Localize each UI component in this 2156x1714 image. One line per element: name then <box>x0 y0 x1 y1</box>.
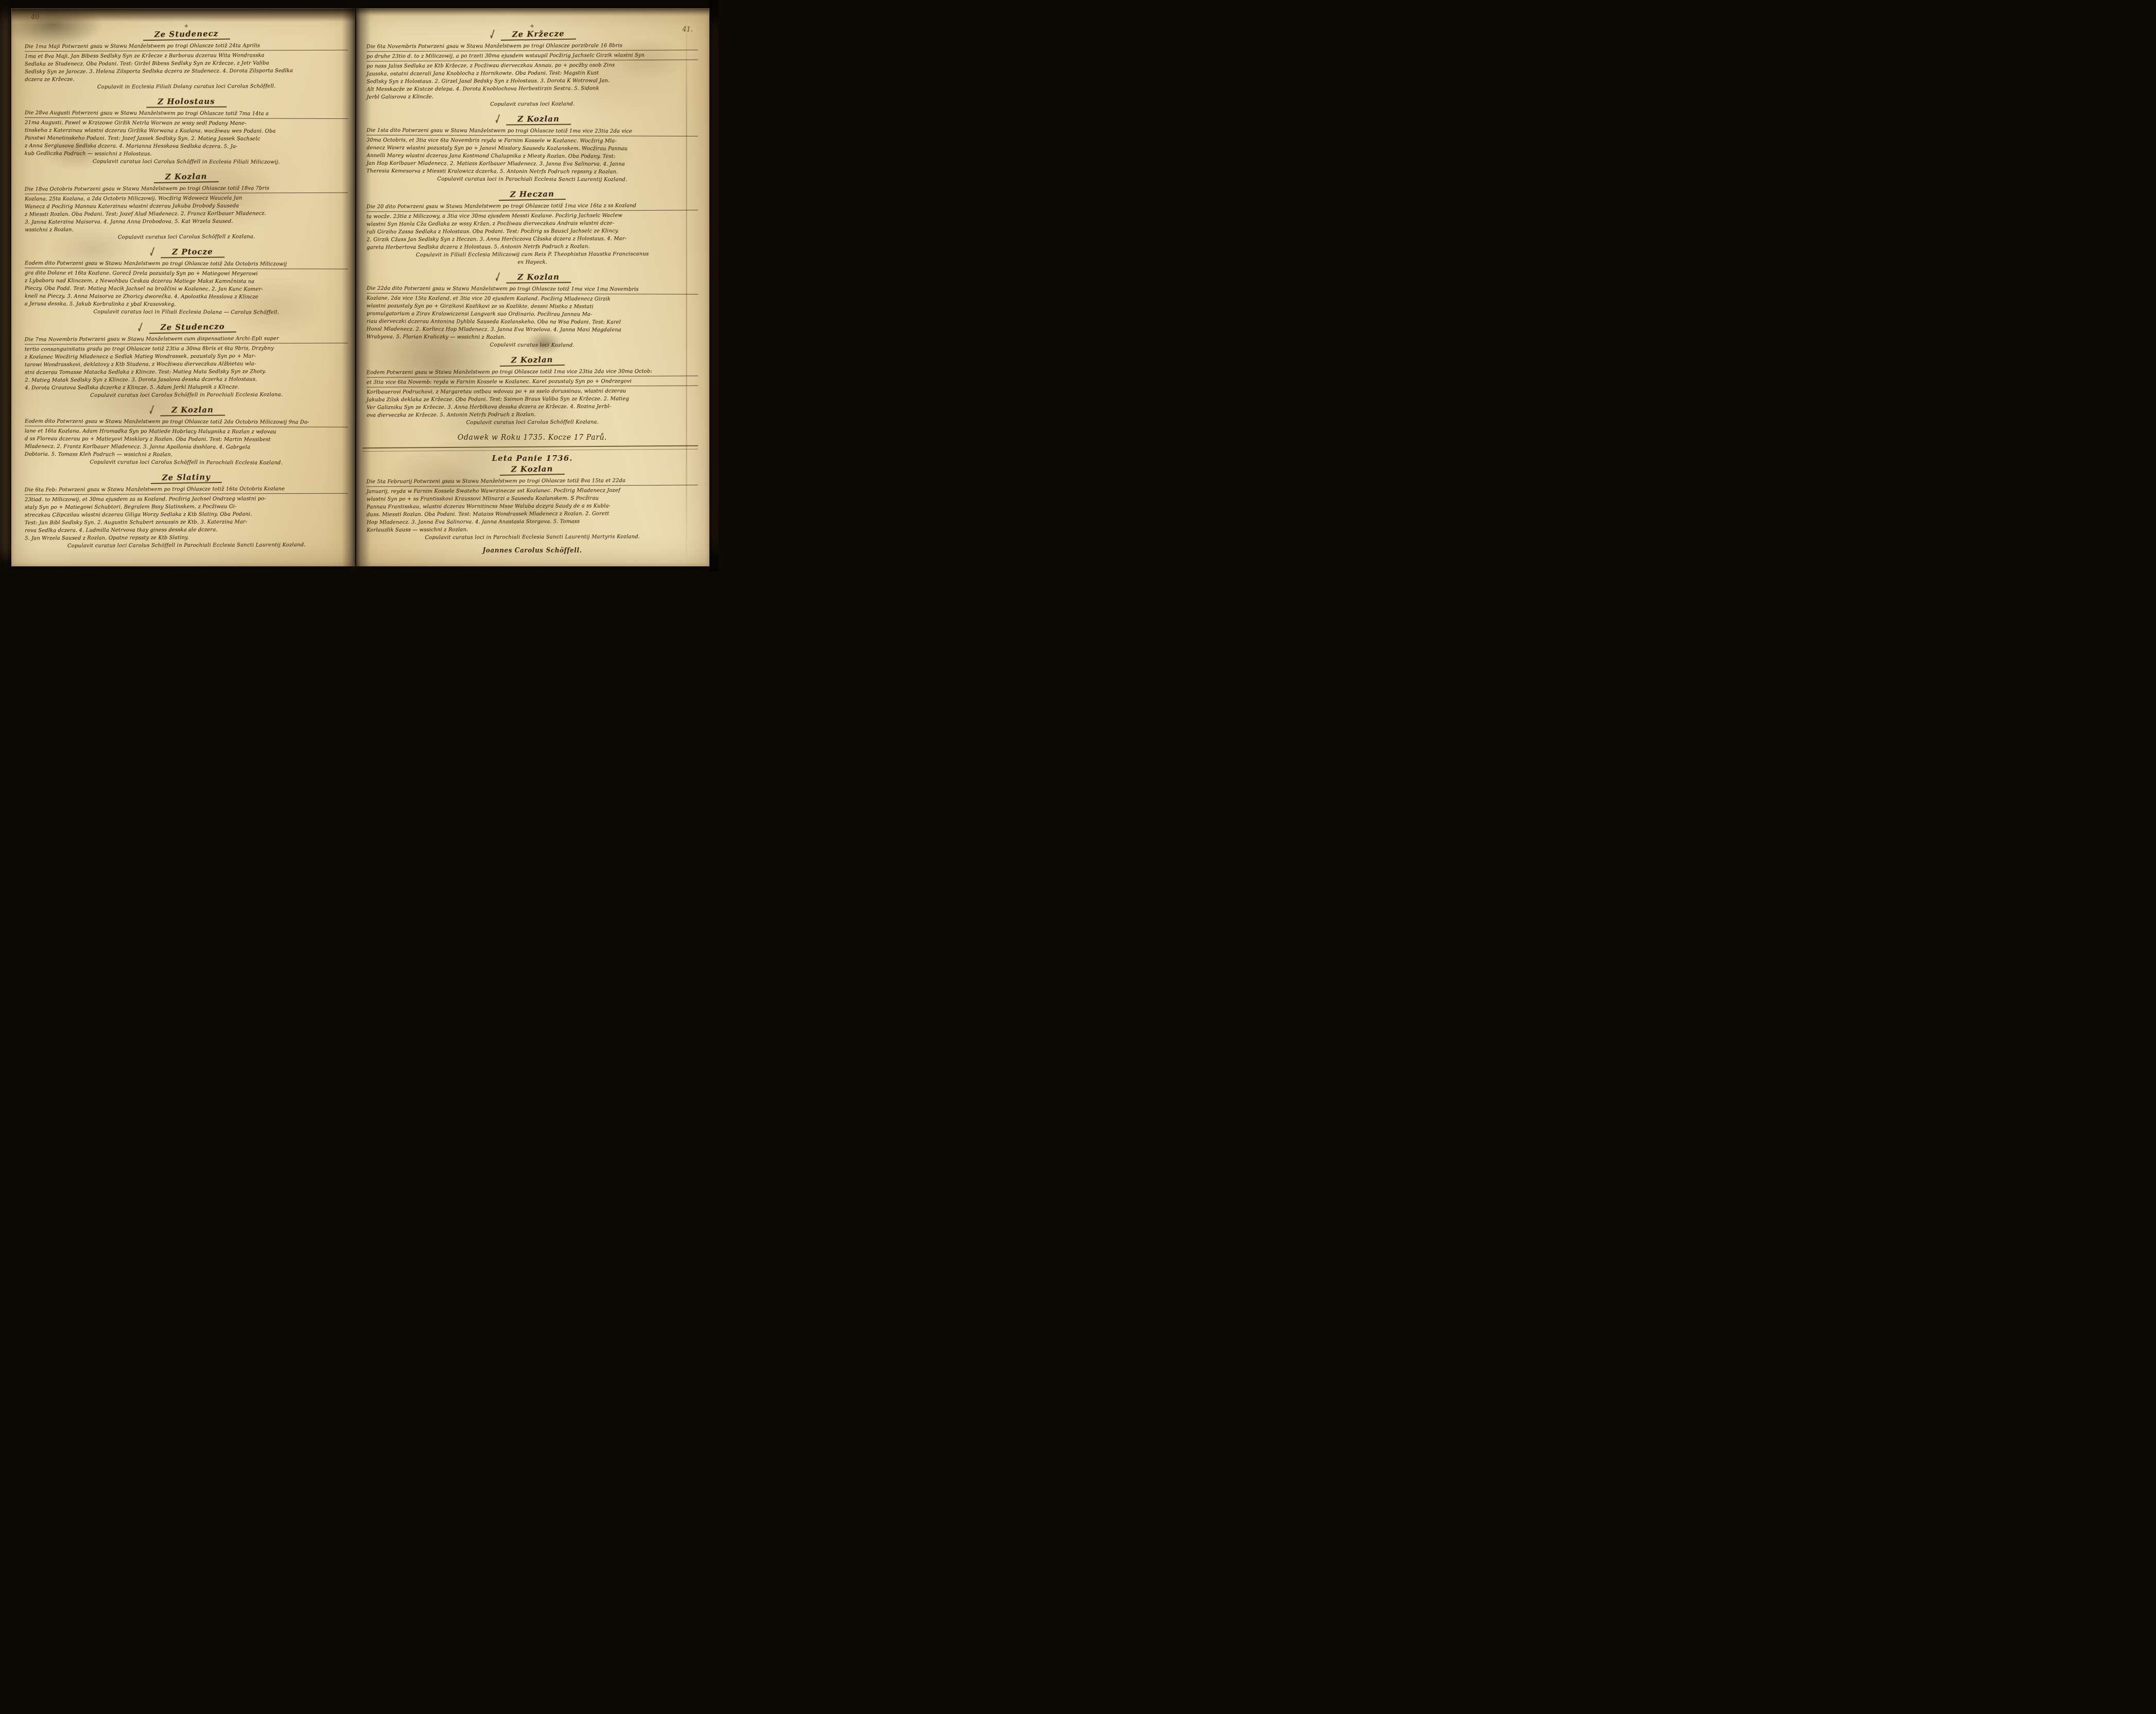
register-entry: ✓Z KozlanDie 1sta dito Potwrzeni gsau w … <box>367 113 698 184</box>
entry-heading: Z Kozlan <box>500 355 565 367</box>
copulavit-line: Copulavit curatus loci Carolus Schöffell… <box>367 418 698 427</box>
entry-line: Dobtoria. 5. Tomass Kleh Podruch — wssic… <box>25 451 348 459</box>
entry-heading: Ze Studenecz <box>143 29 230 41</box>
entry-heading: Ze Slatiny <box>150 472 222 484</box>
page-number-left: 40 <box>31 13 40 21</box>
entry-line: Die 1ma Maji Potwrzeni gsau w Stawu Manž… <box>25 42 348 52</box>
entry-line: Die 28va Augusti Potwrzeni gsau w Stawu … <box>25 109 348 119</box>
entry-line: Die 20 dito Potwrzeni gsau w Stawu Manže… <box>367 202 698 212</box>
copulavit-line: Copulavit in Ecclesia Filiali Dolany cur… <box>25 82 348 92</box>
entry-line: Die 1sta dito Potwrzeni gsau w Stawu Man… <box>367 127 698 136</box>
burn-stain-top <box>11 8 355 22</box>
entry-heading: Z Kozlan <box>154 171 219 183</box>
year-summary: Odawek w Roku 1735. Kocze 17 Parů. <box>367 432 698 443</box>
left-page-entries: +Ze StudeneczDie 1ma Maji Potwrzeni gsau… <box>25 24 348 555</box>
entry-heading: Z Holostaus <box>146 96 227 108</box>
check-icon: ✓ <box>146 402 157 420</box>
book-page-edges-right <box>709 0 719 572</box>
entry-line: Die 5ta Februarij Potwrzeni gsau w Stawu… <box>367 477 698 487</box>
register-entry: Z KozlanDie 5ta Februarij Potwrzeni gsau… <box>367 463 699 542</box>
entry-line: Theresia Kemesorva z Miessti Kralowicz d… <box>367 167 698 176</box>
right-page: 41. +✓Ze KržeczeDie 6ta Novembris Potwrz… <box>356 8 709 566</box>
copulavit-line: Copulavit in Filiali Ecclesia Miliczowij… <box>367 250 698 259</box>
entry-heading: Ze Kržecze <box>501 29 576 41</box>
entry-line: Die 7ma Novembris Potwrzeni gsau w Stawu… <box>25 335 348 345</box>
copulavit-line: Copulavit curatus loci in Filiali Eccles… <box>25 308 348 317</box>
register-entry: +✓Ze KržeczeDie 6ta Novembris Potwrzeni … <box>367 23 699 109</box>
register-entry: Z KozlanDie 18va Octobris Potwrzeni gsau… <box>25 171 349 242</box>
entry-line: Die 6ta Feb: Potwrzeni gsau w Stawu Manž… <box>25 485 348 495</box>
entry-heading-row: ✓Ze Studenczo <box>25 321 348 334</box>
entry-heading-row: ✓Z Kozlan <box>367 271 698 284</box>
copulavit-line: Copulavit curatus loci Kozland. <box>367 341 698 350</box>
register-entry: Z HolostausDie 28va Augusti Potwrzeni gs… <box>25 96 348 166</box>
entry-line: kub Gedliczka Podruch — wssichni z Holos… <box>25 150 348 159</box>
copulavit-line: Copulavit curatus loci in Parochiali Ecc… <box>367 175 698 184</box>
entry-heading-row: Z Heczan <box>367 188 698 201</box>
entry-heading-row: Z Kozlan <box>25 171 348 184</box>
entry-heading: Ze Studenczo <box>149 322 236 334</box>
entry-heading-row: Ze Studenecz <box>25 28 348 41</box>
entry-line: Die 6ta Novembris Potwrzeni gsau w Stawu… <box>367 42 698 52</box>
check-icon: ✓ <box>147 244 158 262</box>
copulavit-line: Copulavit curatus loci Carolus Schöffell… <box>25 391 348 400</box>
manuscript-book-scan: 40 +Ze StudeneczDie 1ma Maji Potwrzeni g… <box>0 0 719 572</box>
entry-line: Eodem dito Potwrzeni gsau w Stawu Manžel… <box>25 418 348 427</box>
year-divider-rule <box>362 445 698 452</box>
left-page: 40 +Ze StudeneczDie 1ma Maji Potwrzeni g… <box>11 8 355 566</box>
check-icon: ✓ <box>486 26 497 44</box>
copulavit-line: Copulavit curatus loci Kozland. <box>367 100 698 109</box>
entry-line: et 3tia vice 6ta Novemb: reyda w Farnim … <box>367 377 698 388</box>
register-entry: Z KozlanEodem Potwrzeni gsau w Stawu Man… <box>367 354 699 427</box>
copulavit-line: Copulavit curatus loci Carolus Schöffell… <box>25 458 348 467</box>
register-entry: ✓Z PtoczeEodem dito Potwrzeni gsau w Sta… <box>25 246 348 317</box>
burn-stain-top <box>356 8 709 16</box>
check-icon: ✓ <box>492 111 503 129</box>
entry-line: Die 22da dito Potwrzeni gsau w Stawu Man… <box>367 285 698 295</box>
register-entry: Ze SlatinyDie 6ta Feb: Potwrzeni gsau w … <box>25 472 349 550</box>
copulavit-line: Copulavit curatus loci in Parochiali Ecc… <box>367 533 698 542</box>
book-page-edges-left <box>0 0 12 572</box>
register-entry: ✓Ze StudenczoDie 7ma Novembris Potwrzeni… <box>25 321 349 400</box>
entry-heading-row: ✓Ze Kržecze <box>367 28 698 41</box>
entry-heading: Z Kozlan <box>160 405 225 417</box>
entry-heading-row: ✓Z Kozlan <box>367 113 698 126</box>
right-page-entries: +✓Ze KržeczeDie 6ta Novembris Potwrzeni … <box>367 24 698 554</box>
entry-heading-row: Ze Slatiny <box>25 472 348 484</box>
entry-line: Eodem Potwrzeni gsau w Stawu Manželstwem… <box>367 368 698 378</box>
register-entry: +Ze StudeneczDie 1ma Maji Potwrzeni gsau… <box>25 23 349 92</box>
entry-line: a Jerusa desska. 5. Jakub Korbralinka z … <box>25 300 348 309</box>
entry-heading-row: ✓Z Kozlan <box>25 404 348 417</box>
register-entry: ✓Z KozlanEodem dito Potwrzeni gsau w Sta… <box>25 404 348 467</box>
entry-heading: Z Heczan <box>498 189 565 201</box>
copulavit-line: Copulavit curatus loci Carolus Schöffell… <box>25 541 348 550</box>
check-icon: ✓ <box>135 319 146 337</box>
entry-heading-row: Z Kozlan <box>367 354 698 367</box>
entry-line: Die 18va Octobris Potwrzeni gsau w Stawu… <box>25 184 348 195</box>
entry-heading: Z Kozlan <box>506 272 571 284</box>
register-entry: ✓Z KozlanDie 22da dito Potwrzeni gsau w … <box>367 271 699 350</box>
entry-heading-row: Z Holostaus <box>25 96 348 108</box>
copulavit-line: Copulavit curatus loci Carolus Schöffell… <box>25 158 348 166</box>
entry-heading-row: ✓Z Ptocze <box>25 246 348 258</box>
entry-heading: Z Ptocze <box>161 247 224 258</box>
entry-heading: Z Kozlan <box>506 114 571 126</box>
entry-line: po druhe 23tio d. to z Miliczowij, a po … <box>367 51 698 62</box>
register-entry: Z HeczanDie 20 dito Potwrzeni gsau w Sta… <box>367 188 699 267</box>
copulavit-line: ex Hayeck. <box>367 258 698 267</box>
entry-line: Eodem dito Potwrzeni gsau w Stawu Manžel… <box>25 259 348 269</box>
entry-heading-row: Z Kozlan <box>367 463 698 476</box>
check-icon: ✓ <box>492 269 503 287</box>
entry-line: Wrabyova. 5. Florian Kraliczky — wssichn… <box>367 333 698 342</box>
year-heading: Leta Panie 1736. <box>367 454 698 463</box>
priest-signature: Joannes Carolus Schöffell. <box>367 547 698 554</box>
entry-heading: Z Kozlan <box>500 464 565 476</box>
copulavit-line: Copulavit curatus loci Carolus Schöffell… <box>25 233 348 242</box>
